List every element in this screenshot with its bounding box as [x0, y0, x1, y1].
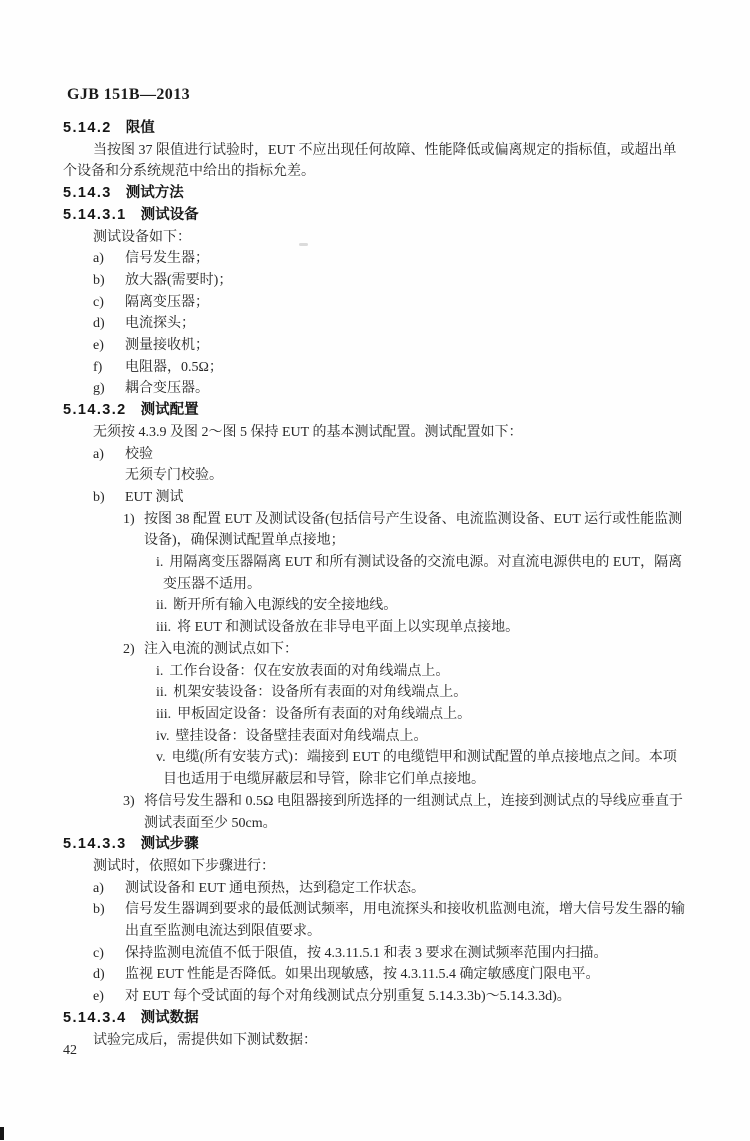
paragraph: 试验完成后，需提供如下测试数据：	[63, 1030, 688, 1052]
list-item-text: 信号发生器；	[125, 251, 209, 266]
list-item-text: 工作台设备：仅在安放表面的对角线端点上。	[169, 664, 449, 679]
scan-smudge-artifact	[299, 243, 308, 246]
list-item: iv.壁挂设备：设备壁挂表面对角线端点上。	[63, 726, 688, 748]
section-title: 测试配置	[141, 402, 199, 418]
list-item-label: d)	[93, 964, 105, 986]
document-body: 5.14.2限值当按图 37 限值进行试验时，EUT 不应出现任何故障、性能降低…	[63, 118, 688, 1051]
list-item-text: 测量接收机；	[125, 338, 209, 353]
list-item-label: f)	[93, 357, 102, 379]
list-item-text: 用隔离变压器隔离 EUT 和所有测试设备的交流电源。对直流电源供电的 EUT，隔…	[163, 555, 682, 592]
list-item: i.用隔离变压器隔离 EUT 和所有测试设备的交流电源。对直流电源供电的 EUT…	[63, 552, 688, 595]
list-item: a)测试设备和 EUT 通电预热，达到稳定工作状态。	[63, 878, 688, 900]
scan-edge-artifact	[0, 1127, 4, 1140]
list-item-label: v.	[156, 750, 166, 765]
list-item: e)测量接收机；	[63, 335, 688, 357]
list-item: c)保持监测电流值不低于限值，按 4.3.11.5.1 和表 3 要求在测试频率…	[63, 943, 688, 965]
list-item: g)耦合变压器。	[63, 378, 688, 400]
list-item-text: 将 EUT 和测试设备放在非导电平面上以实现单点接地。	[177, 620, 519, 635]
list-item-text: 测试设备和 EUT 通电预热，达到稳定工作状态。	[125, 881, 425, 896]
list-item-label: c)	[93, 943, 104, 965]
list-item-text: 将信号发生器和 0.5Ω 电阻器接到所选择的一组测试点上，连接到测试点的导线应垂…	[144, 794, 683, 831]
scanned-document-page: GJB 151B—2013 5.14.2限值当按图 37 限值进行试验时，EUT…	[0, 0, 750, 1141]
section-number: 5.14.3.3	[63, 836, 127, 852]
list-item-label: d)	[93, 313, 105, 335]
continuation-line: 无须专门校验。	[63, 465, 688, 487]
section-heading: 5.14.3.3测试步骤	[63, 834, 688, 856]
list-item: e)对 EUT 每个受试面的每个对角线测试点分别重复 5.14.3.3b)～5.…	[63, 986, 688, 1008]
list-item-text: 壁挂设备：设备壁挂表面对角线端点上。	[175, 729, 427, 744]
list-item-text: 隔离变压器；	[125, 295, 209, 310]
list-item-label: a)	[93, 248, 104, 270]
list-item-label: b)	[93, 899, 105, 921]
section-title: 测试步骤	[141, 836, 199, 852]
list-item-text: 校验	[125, 447, 153, 462]
list-item-text: 电流探头；	[125, 316, 195, 331]
list-item-label: a)	[93, 444, 104, 466]
section-heading: 5.14.3.2测试配置	[63, 400, 688, 422]
list-item: a)校验	[63, 444, 688, 466]
list-item-label: 3)	[123, 791, 135, 813]
list-item: ii.机架安装设备：设备所有表面的对角线端点上。	[63, 682, 688, 704]
section-heading: 5.14.3.1测试设备	[63, 205, 688, 227]
list-item-label: 1)	[123, 509, 135, 531]
section-heading: 5.14.2限值	[63, 118, 688, 140]
list-item-label: e)	[93, 986, 104, 1008]
list-item-text: 保持监测电流值不低于限值，按 4.3.11.5.1 和表 3 要求在测试频率范围…	[125, 946, 607, 961]
list-item-text: 注入电流的测试点如下：	[144, 642, 298, 657]
list-item: b)信号发生器调到要求的最低测试频率，用电流探头和接收机监测电流，增大信号发生器…	[63, 899, 688, 942]
list-item: iii.将 EUT 和测试设备放在非导电平面上以实现单点接地。	[63, 617, 688, 639]
list-item-text: 电缆(所有安装方式)：端接到 EUT 的电缆铠甲和测试配置的单点接地点之间。本项…	[163, 750, 677, 787]
list-item-text: 甲板固定设备：设备所有表面的对角线端点上。	[177, 707, 471, 722]
section-number: 5.14.3.2	[63, 402, 127, 418]
section-title: 限值	[126, 120, 155, 136]
list-item: i.工作台设备：仅在安放表面的对角线端点上。	[63, 661, 688, 683]
standard-number-header: GJB 151B—2013	[67, 86, 190, 104]
list-item-text: 机架安装设备：设备所有表面的对角线端点上。	[173, 685, 467, 700]
list-item-label: i.	[156, 664, 163, 679]
list-item: b)放大器(需要时)；	[63, 270, 688, 292]
list-item-text: 监视 EUT 性能是否降低。如果出现敏感，按 4.3.11.5.4 确定敏感度门…	[125, 967, 599, 982]
list-item: b)EUT 测试	[63, 487, 688, 509]
list-item-label: 2)	[123, 639, 135, 661]
list-item-label: ii.	[156, 598, 167, 613]
list-item-text: 耦合变压器。	[125, 381, 209, 396]
list-item-label: e)	[93, 335, 104, 357]
paragraph: 无须按 4.3.9 及图 2～图 5 保持 EUT 的基本测试配置。测试配置如下…	[63, 422, 688, 444]
list-item: c)隔离变压器；	[63, 292, 688, 314]
paragraph: 测试时，依照如下步骤进行：	[63, 856, 688, 878]
list-item: d)监视 EUT 性能是否降低。如果出现敏感，按 4.3.11.5.4 确定敏感…	[63, 964, 688, 986]
list-item-text: 按图 38 配置 EUT 及测试设备(包括信号产生设备、电流监测设备、EUT 运…	[144, 512, 682, 549]
list-item-text: 放大器(需要时)；	[125, 273, 232, 288]
list-item-text: EUT 测试	[125, 490, 183, 505]
list-item: a)信号发生器；	[63, 248, 688, 270]
paragraph: 当按图 37 限值进行试验时，EUT 不应出现任何故障、性能降低或偏离规定的指标…	[63, 140, 688, 183]
list-item: 3)将信号发生器和 0.5Ω 电阻器接到所选择的一组测试点上，连接到测试点的导线…	[63, 791, 688, 834]
list-item-label: b)	[93, 270, 105, 292]
list-item-label: iii.	[156, 620, 171, 635]
section-title: 测试设备	[141, 207, 199, 223]
section-number: 5.14.3.4	[63, 1010, 127, 1026]
section-heading: 5.14.3.4测试数据	[63, 1008, 688, 1030]
list-item-text: 信号发生器调到要求的最低测试频率，用电流探头和接收机监测电流，增大信号发生器的输…	[125, 902, 685, 939]
list-item: 1)按图 38 配置 EUT 及测试设备(包括信号产生设备、电流监测设备、EUT…	[63, 509, 688, 552]
section-title: 测试方法	[126, 185, 184, 201]
list-item-text: 电阻器，0.5Ω；	[125, 360, 223, 375]
section-number: 5.14.3.1	[63, 207, 127, 223]
list-item: d)电流探头；	[63, 313, 688, 335]
list-item: f)电阻器，0.5Ω；	[63, 357, 688, 379]
list-item: iii.甲板固定设备：设备所有表面的对角线端点上。	[63, 704, 688, 726]
list-item-label: ii.	[156, 685, 167, 700]
list-item-label: a)	[93, 878, 104, 900]
list-item-label: iii.	[156, 707, 171, 722]
list-item: 2)注入电流的测试点如下：	[63, 639, 688, 661]
section-heading: 5.14.3测试方法	[63, 183, 688, 205]
list-item-label: i.	[156, 555, 163, 570]
list-item: v.电缆(所有安装方式)：端接到 EUT 的电缆铠甲和测试配置的单点接地点之间。…	[63, 747, 688, 790]
section-title: 测试数据	[141, 1010, 199, 1026]
list-item-label: g)	[93, 378, 105, 400]
paragraph: 测试设备如下：	[63, 227, 688, 249]
section-number: 5.14.2	[63, 120, 112, 136]
list-item-text: 对 EUT 每个受试面的每个对角线测试点分别重复 5.14.3.3b)～5.14…	[125, 989, 571, 1004]
list-item-label: iv.	[156, 729, 169, 744]
list-item-text: 断开所有输入电源线的安全接地线。	[173, 598, 397, 613]
list-item: ii.断开所有输入电源线的安全接地线。	[63, 595, 688, 617]
section-number: 5.14.3	[63, 185, 112, 201]
list-item-label: b)	[93, 487, 105, 509]
page-number: 42	[63, 1043, 77, 1059]
list-item-label: c)	[93, 292, 104, 314]
